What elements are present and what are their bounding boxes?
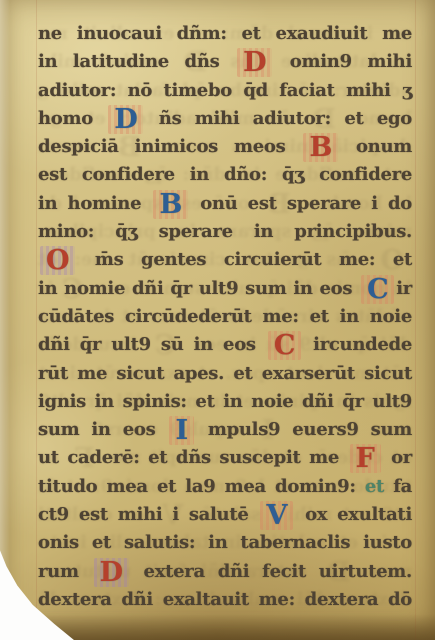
text-segment: ircundede: [303, 334, 412, 355]
illuminated-initial: C: [268, 331, 301, 360]
illuminated-initial: D: [94, 558, 129, 587]
text-line: rūt me sicut apes. et exarserūt sicut: [38, 360, 412, 388]
page-backdrop: ne inuocaui dñm: et exaudiuit mein latit…: [0, 0, 435, 640]
text-line: ignis in spinis: et in noie dñi q̄r ult9: [38, 388, 412, 416]
text-line: mino: q̄ʒ sperare in principibus.: [38, 218, 412, 246]
text-segment: dñi q̄r ult9 sū in eos: [38, 334, 266, 355]
parchment-edge-highlight: [0, 0, 10, 640]
text-line: despiciā inimicos meos B onum: [38, 133, 412, 161]
text-line: rum D extera dñi fecit uirtutem.: [38, 558, 412, 586]
text-segment: onum: [340, 136, 412, 157]
text-line: titudo mea et la9 mea domin9: et fa: [38, 473, 412, 501]
text-segment: et: [365, 476, 384, 497]
text-line: in nomie dñi q̄r ult9 sum in eos Cir: [38, 275, 412, 303]
parchment: ne inuocaui dñm: et exaudiuit mein latit…: [0, 0, 435, 640]
illuminated-initial: D: [237, 48, 272, 77]
text-segment: adiutor: nō timebo q̄d faciat mihi ʒ: [38, 80, 412, 101]
ruling-line-right: [415, 0, 416, 640]
text-line: sum in eos I mpuls9 euers9 sum: [38, 416, 412, 444]
text-segment: ir: [396, 278, 412, 299]
text-segment: extera dñi fecit uirtutem.: [131, 561, 412, 582]
text-segment: ñs mihi adiutor: et ego: [145, 108, 412, 129]
text-line: dextera dñi exaltauit me: dextera dō: [38, 586, 412, 614]
illuminated-initial: O: [40, 246, 75, 275]
text-segment: ignis in spinis: et in noie dñi q̄r ult9: [38, 391, 412, 412]
illuminated-initial: B: [153, 190, 188, 219]
text-line: onis et salutis: in tabernaclis iusto: [38, 529, 412, 557]
text-segment: despiciā inimicos meos: [38, 136, 301, 157]
text-segment: mino: q̄ʒ sperare in principibus.: [38, 221, 412, 242]
illuminated-initial: I: [169, 416, 193, 445]
text-block: ne inuocaui dñm: et exaudiuit mein latit…: [38, 20, 412, 614]
text-segment: in nomie dñi q̄r ult9 sum in eos: [38, 278, 359, 299]
text-line: dñi q̄r ult9 sū in eos C ircundede: [38, 331, 412, 359]
text-segment: mpuls9 euers9 sum: [196, 419, 412, 440]
text-line: O m̄s gentes circuierūt me: et: [38, 246, 412, 274]
text-segment: est confidere in dño: q̄ʒ confidere: [38, 164, 412, 185]
text-segment: m̄s gentes circuierūt me: et: [77, 249, 412, 270]
text-line: est confidere in dño: q̄ʒ confidere: [38, 161, 412, 189]
bottom-shadow: [0, 614, 435, 640]
text-segment: onis et salutis: in tabernaclis iusto: [38, 532, 412, 553]
illuminated-initial: B: [303, 133, 338, 162]
text-line: homo D ñs mihi adiutor: et ego: [38, 105, 412, 133]
text-segment: in homine: [38, 193, 151, 214]
text-segment: ct9 est mihi i salutē: [38, 504, 258, 525]
text-segment: or: [383, 447, 413, 468]
text-segment: omin9 mihi: [274, 51, 412, 72]
text-segment: in latitudine dñs: [38, 51, 235, 72]
illuminated-initial: D: [108, 105, 143, 134]
text-line: ct9 est mihi i salutē V ox exultati: [38, 501, 412, 529]
illuminated-initial: C: [361, 275, 394, 304]
text-segment: dextera dñi exaltauit me: dextera dō: [38, 589, 412, 610]
text-segment: ox exultati: [295, 504, 412, 525]
text-line: ut caderē: et dñs suscepit me F or: [38, 444, 412, 472]
illuminated-initial: F: [350, 444, 381, 473]
text-line: adiutor: nō timebo q̄d faciat mihi ʒ: [38, 77, 412, 105]
ruling-line-left: [36, 0, 37, 640]
text-segment: ne inuocaui dñm: et exaudiuit me: [38, 23, 412, 44]
text-line: in homine B onū est sperare i do: [38, 190, 412, 218]
illuminated-initial: V: [260, 501, 293, 530]
text-line: ne inuocaui dñm: et exaudiuit me: [38, 20, 412, 48]
text-segment: titudo mea et la9 mea domin9:: [38, 476, 365, 497]
text-segment: cūdātes circūdederūt me: et in noie: [38, 306, 412, 327]
text-segment: rum: [38, 561, 92, 582]
text-segment: rūt me sicut apes. et exarserūt sicut: [38, 363, 412, 384]
text-segment: sum in eos: [38, 419, 167, 440]
text-line: in latitudine dñs D omin9 mihi: [38, 48, 412, 76]
text-segment: ut caderē: et dñs suscepit me: [38, 447, 348, 468]
text-segment: onū est sperare i do: [190, 193, 412, 214]
text-segment: homo: [38, 108, 106, 129]
text-line: cūdātes circūdederūt me: et in noie: [38, 303, 412, 331]
text-segment: fa: [384, 476, 412, 497]
